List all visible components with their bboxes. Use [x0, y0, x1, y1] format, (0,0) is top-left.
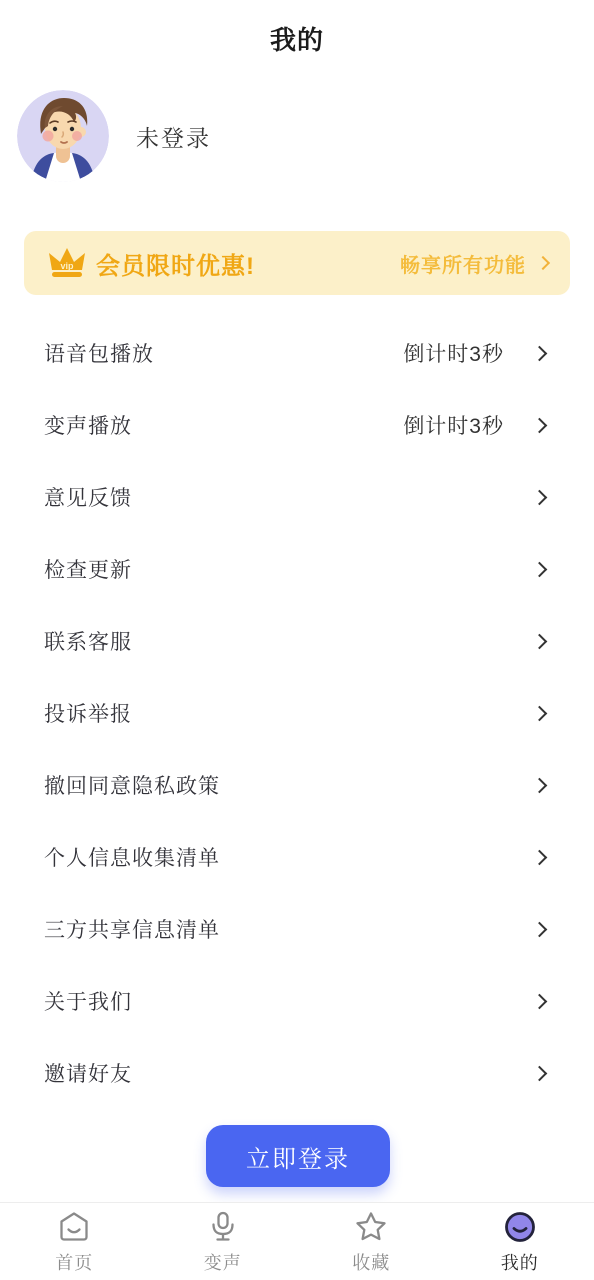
menu-row-0[interactable]: 语音包播放 倒计时3秒	[0, 317, 594, 389]
menu-row-label: 关于我们	[44, 986, 132, 1016]
tab-label: 我的	[501, 1249, 539, 1275]
login-status-text: 未登录	[136, 120, 211, 153]
profile-section[interactable]: 未登录	[17, 90, 211, 182]
tab-首页[interactable]: 首页	[0, 1203, 149, 1280]
tab-变声[interactable]: 变声	[149, 1203, 298, 1280]
chevron-right-icon	[532, 1065, 548, 1081]
chevron-right-icon	[536, 256, 550, 270]
tab-label: 首页	[55, 1249, 93, 1275]
menu-row-10[interactable]: 邀请好友	[0, 1037, 594, 1109]
menu-row-1[interactable]: 变声播放 倒计时3秒	[0, 389, 594, 461]
menu-row-label: 个人信息收集清单	[44, 842, 220, 872]
menu-row-value: 倒计时3秒	[403, 410, 504, 440]
tab-label: 收藏	[352, 1249, 390, 1275]
menu-row-6[interactable]: 撤回同意隐私政策	[0, 749, 594, 821]
settings-menu-list: 语音包播放 倒计时3秒 变声播放 倒计时3秒 意见反馈 检查更新 联系客服 投诉…	[0, 317, 594, 1109]
menu-row-label: 意见反馈	[44, 482, 132, 512]
menu-row-label: 撤回同意隐私政策	[44, 770, 220, 800]
page-title: 我的	[0, 20, 594, 57]
menu-row-label: 三方共享信息清单	[44, 914, 220, 944]
menu-row-label: 变声播放	[44, 410, 132, 440]
menu-row-label: 投诉举报	[44, 698, 132, 728]
login-now-button[interactable]: 立即登录	[206, 1125, 390, 1187]
tab-label: 变声	[204, 1249, 242, 1275]
chevron-right-icon	[532, 849, 548, 865]
chevron-right-icon	[532, 417, 548, 433]
menu-row-3[interactable]: 检查更新	[0, 533, 594, 605]
vip-banner-action: 畅享所有功能	[400, 249, 526, 278]
menu-row-7[interactable]: 个人信息收集清单	[0, 821, 594, 893]
menu-row-5[interactable]: 投诉举报	[0, 677, 594, 749]
menu-row-label: 邀请好友	[44, 1058, 132, 1088]
menu-row-2[interactable]: 意见反馈	[0, 461, 594, 533]
vip-banner[interactable]: vip 会员限时优惠! 畅享所有功能	[24, 231, 570, 295]
chevron-right-icon	[532, 921, 548, 937]
bottom-tab-bar: 首页 变声 收藏 我的	[0, 1202, 594, 1280]
star-icon	[353, 1209, 389, 1245]
menu-row-value: 倒计时3秒	[403, 338, 504, 368]
chevron-right-icon	[532, 345, 548, 361]
chevron-right-icon	[532, 561, 548, 577]
svg-text:vip: vip	[60, 261, 74, 271]
menu-row-label: 检查更新	[44, 554, 132, 584]
vip-crown-icon: vip	[46, 245, 88, 281]
menu-row-8[interactable]: 三方共享信息清单	[0, 893, 594, 965]
chevron-right-icon	[532, 489, 548, 505]
chevron-right-icon	[532, 777, 548, 793]
menu-row-4[interactable]: 联系客服	[0, 605, 594, 677]
tab-收藏[interactable]: 收藏	[297, 1203, 446, 1280]
tab-我的[interactable]: 我的	[446, 1203, 594, 1280]
chevron-right-icon	[532, 705, 548, 721]
mic-icon	[205, 1209, 241, 1245]
home-icon	[56, 1209, 92, 1245]
profile-smiley-icon	[502, 1209, 538, 1245]
vip-banner-title: 会员限时优惠!	[96, 246, 255, 281]
menu-row-9[interactable]: 关于我们	[0, 965, 594, 1037]
chevron-right-icon	[532, 993, 548, 1009]
boy-avatar-icon[interactable]	[17, 90, 109, 182]
menu-row-label: 联系客服	[44, 626, 132, 656]
chevron-right-icon	[532, 633, 548, 649]
menu-row-label: 语音包播放	[44, 338, 154, 368]
